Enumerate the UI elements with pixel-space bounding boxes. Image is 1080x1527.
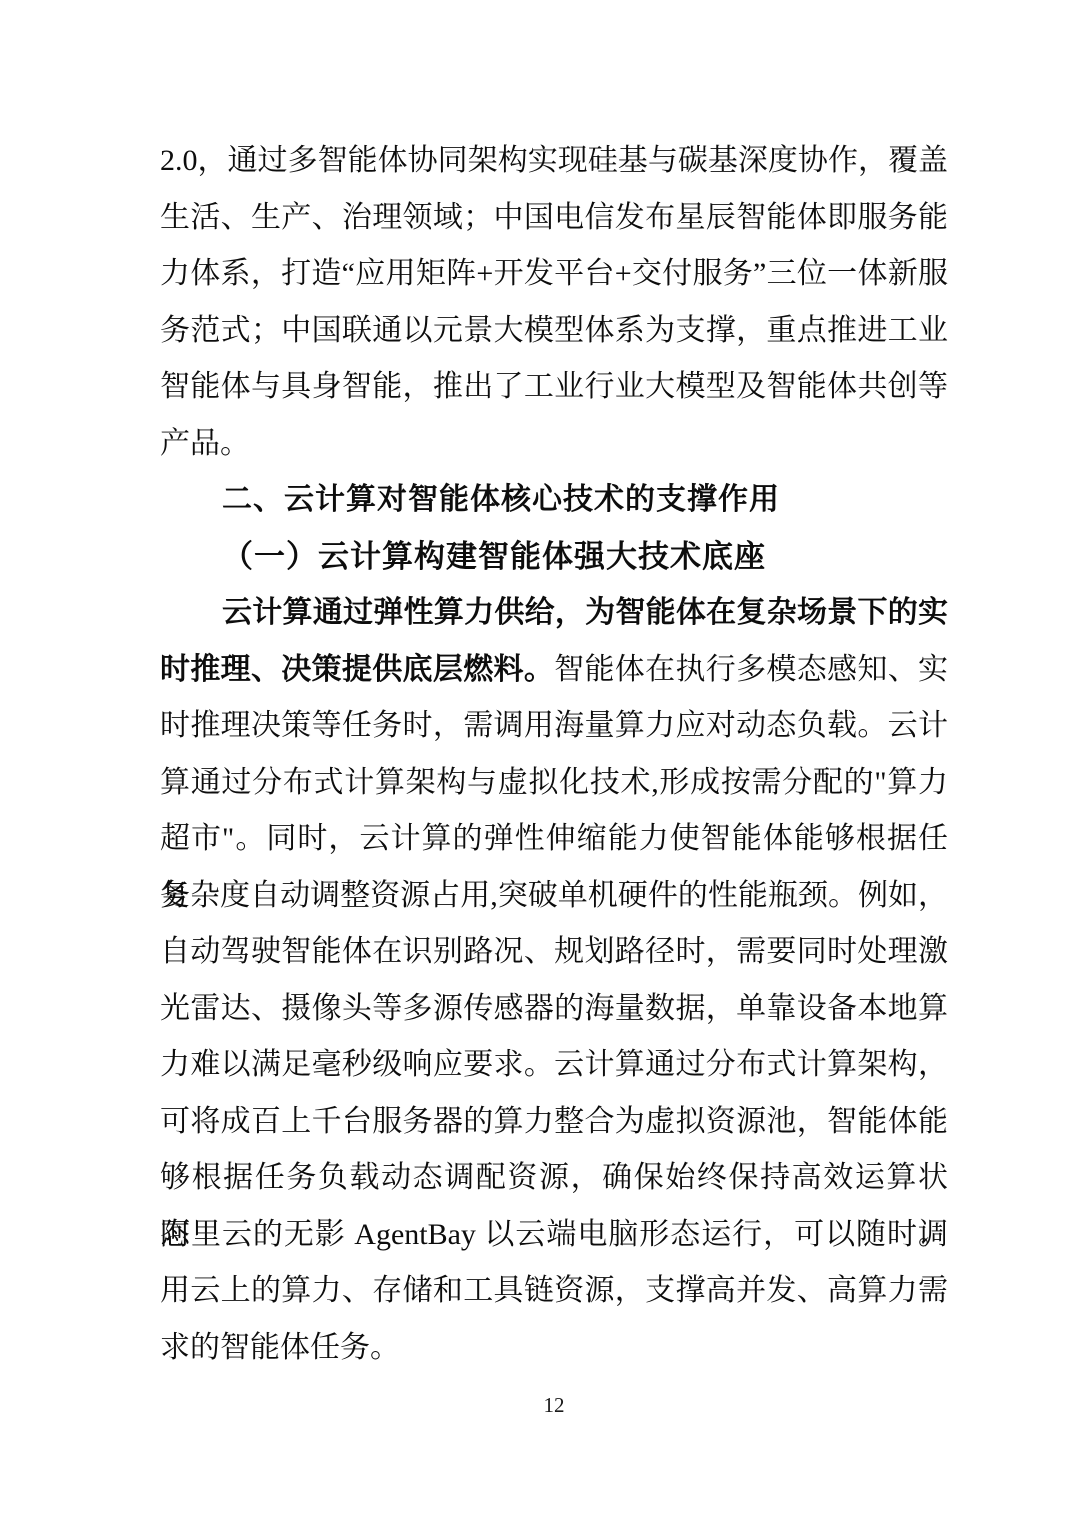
text-segment: 求的智能体任务。 [160,1331,400,1364]
text-line: 时推理、决策提供底层燃料。智能体在执行多模态感知、实 [160,642,948,699]
text-line: 求的智能体任务。 [160,1320,948,1377]
text-line: 自动驾驶智能体在识别路况、规划路径时，需要同时处理激 [160,924,948,981]
text-line: 生活、生产、治理领域；中国电信发布星辰智能体即服务能 [160,190,948,247]
text-line: 阿里云的无影 AgentBay 以云端电脑形态运行，可以随时调 [160,1207,948,1264]
text-line: 光雷达、摄像头等多源传感器的海量数据，单靠设备本地算 [160,981,948,1038]
text-line: 够根据任务负载动态调配资源，确保始终保持高效运算状态。 [160,1150,948,1207]
text-segment: 力难以满足毫秒级响应要求。云计算通过分布式计算架构， [160,1048,948,1081]
text-line: 复杂度自动调整资源占用,突破单机硬件的性能瓶颈。例如， [160,868,948,925]
text-segment: 用云上的算力、存储和工具链资源，支撑高并发、高算力需 [160,1274,948,1307]
text-segment: 二、云计算对智能体核心技术的支撑作用 [222,483,780,516]
text-segment: 生活、生产、治理领域；中国电信发布星辰智能体即服务能 [160,201,948,234]
text-segment: 产品。 [160,427,250,460]
text-segment: 时推理、决策提供底层燃料。 [160,653,554,686]
text-segment: 算通过分布式计算架构与虚拟化技术,形成按需分配的"算力 [160,766,948,799]
text-block: 2.0，通过多智能体协同架构实现硅基与碳基深度协作，覆盖生活、生产、治理领域；中… [160,133,948,1376]
text-line: 产品。 [160,416,948,473]
text-segment: 力体系，打造“应用矩阵+开发平台+交付服务”三位一体新服 [160,257,948,290]
text-line: 时推理决策等任务时，需调用海量算力应对动态负载。云计 [160,698,948,755]
text-segment: 云计算通过弹性算力供给，为智能体在复杂场景下的实 [222,596,948,629]
heading2: （一）云计算构建智能体强大技术底座 [160,529,948,586]
text-segment: 自动驾驶智能体在识别路况、规划路径时，需要同时处理激 [160,935,948,968]
text-segment: 时推理决策等任务时，需调用海量算力应对动态负载。云计 [160,709,948,742]
text-segment: 可将成百上千台服务器的算力整合为虚拟资源池，智能体能 [160,1105,948,1138]
text-line: 用云上的算力、存储和工具链资源，支撑高并发、高算力需 [160,1263,948,1320]
text-line: 力难以满足毫秒级响应要求。云计算通过分布式计算架构， [160,1037,948,1094]
text-segment: （一）云计算构建智能体强大技术底座 [222,539,766,574]
text-segment: 智能体在执行多模态感知、实 [554,653,948,686]
text-line: 务范式；中国联通以元景大模型体系为支撑，重点推进工业 [160,303,948,360]
text-line: 可将成百上千台服务器的算力整合为虚拟资源池，智能体能 [160,1094,948,1151]
text-line: 算通过分布式计算架构与虚拟化技术,形成按需分配的"算力 [160,755,948,812]
text-line: 云计算通过弹性算力供给，为智能体在复杂场景下的实 [160,585,948,642]
text-line: 2.0，通过多智能体协同架构实现硅基与碳基深度协作，覆盖 [160,133,948,190]
text-segment: 务范式；中国联通以元景大模型体系为支撑，重点推进工业 [160,314,948,347]
text-segment: 智能体与具身智能，推出了工业行业大模型及智能体共创等 [160,370,948,403]
text-segment: 光雷达、摄像头等多源传感器的海量数据，单靠设备本地算 [160,992,948,1025]
text-line: 力体系，打造“应用矩阵+开发平台+交付服务”三位一体新服 [160,246,948,303]
text-line: 智能体与具身智能，推出了工业行业大模型及智能体共创等 [160,359,948,416]
document-page: 2.0，通过多智能体协同架构实现硅基与碳基深度协作，覆盖生活、生产、治理领域；中… [0,0,1080,1527]
text-line: 超市"。同时，云计算的弹性伸缩能力使智能体能够根据任务 [160,811,948,868]
page-number: 12 [160,1391,948,1419]
heading1: 二、云计算对智能体核心技术的支撑作用 [160,472,948,529]
text-segment: 复杂度自动调整资源占用,突破单机硬件的性能瓶颈。例如， [160,879,948,912]
text-segment: 阿里云的无影 AgentBay 以云端电脑形态运行，可以随时调 [160,1218,948,1251]
text-segment: 2.0，通过多智能体协同架构实现硅基与碳基深度协作，覆盖 [160,144,948,177]
